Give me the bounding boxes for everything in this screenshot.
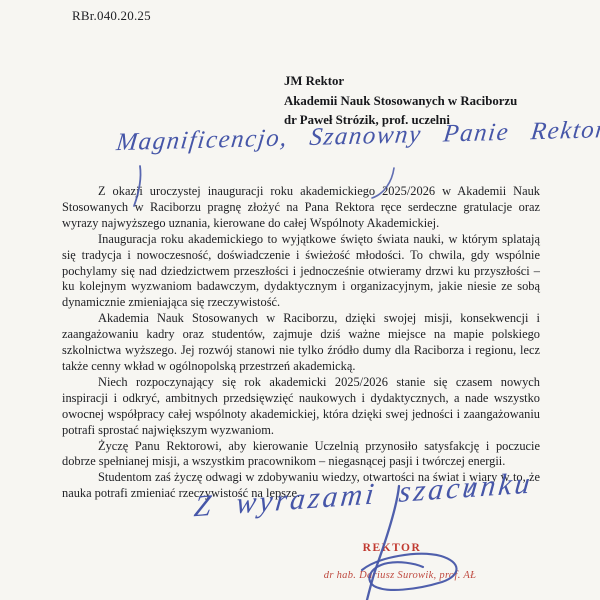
- signer-title: REKTOR: [322, 542, 462, 554]
- paragraph: Niech rozpoczynający się rok akademicki …: [62, 375, 540, 439]
- paragraph: Inauguracja roku akademickiego to wyjątk…: [62, 232, 540, 312]
- signer-name: dr hab. Dariusz Surowik, prof. AŁ: [265, 570, 535, 581]
- addressee-line-recipient: JM Rektor: [284, 72, 517, 92]
- addressee-line-person: dr Paweł Strózik, prof. uczelni: [284, 111, 517, 131]
- paragraph: Akademia Nauk Stosowanych w Raciborzu, d…: [62, 311, 540, 375]
- paragraph: Życzę Panu Rektorowi, aby kierowanie Ucz…: [62, 439, 540, 471]
- letter-page: RBr.040.20.25 JM Rektor Akademii Nauk St…: [0, 0, 600, 600]
- paragraph: Studentom zaś życzę odwagi w zdobywaniu …: [62, 470, 540, 502]
- letter-body: Z okazji uroczystej inauguracji roku aka…: [62, 184, 540, 502]
- addressee-block: JM Rektor Akademii Nauk Stosowanych w Ra…: [284, 72, 517, 131]
- paragraph: Z okazji uroczystej inauguracji roku aka…: [62, 184, 540, 232]
- reference-number: RBr.040.20.25: [72, 8, 151, 24]
- addressee-line-institution: Akademii Nauk Stosowanych w Raciborzu: [284, 92, 517, 112]
